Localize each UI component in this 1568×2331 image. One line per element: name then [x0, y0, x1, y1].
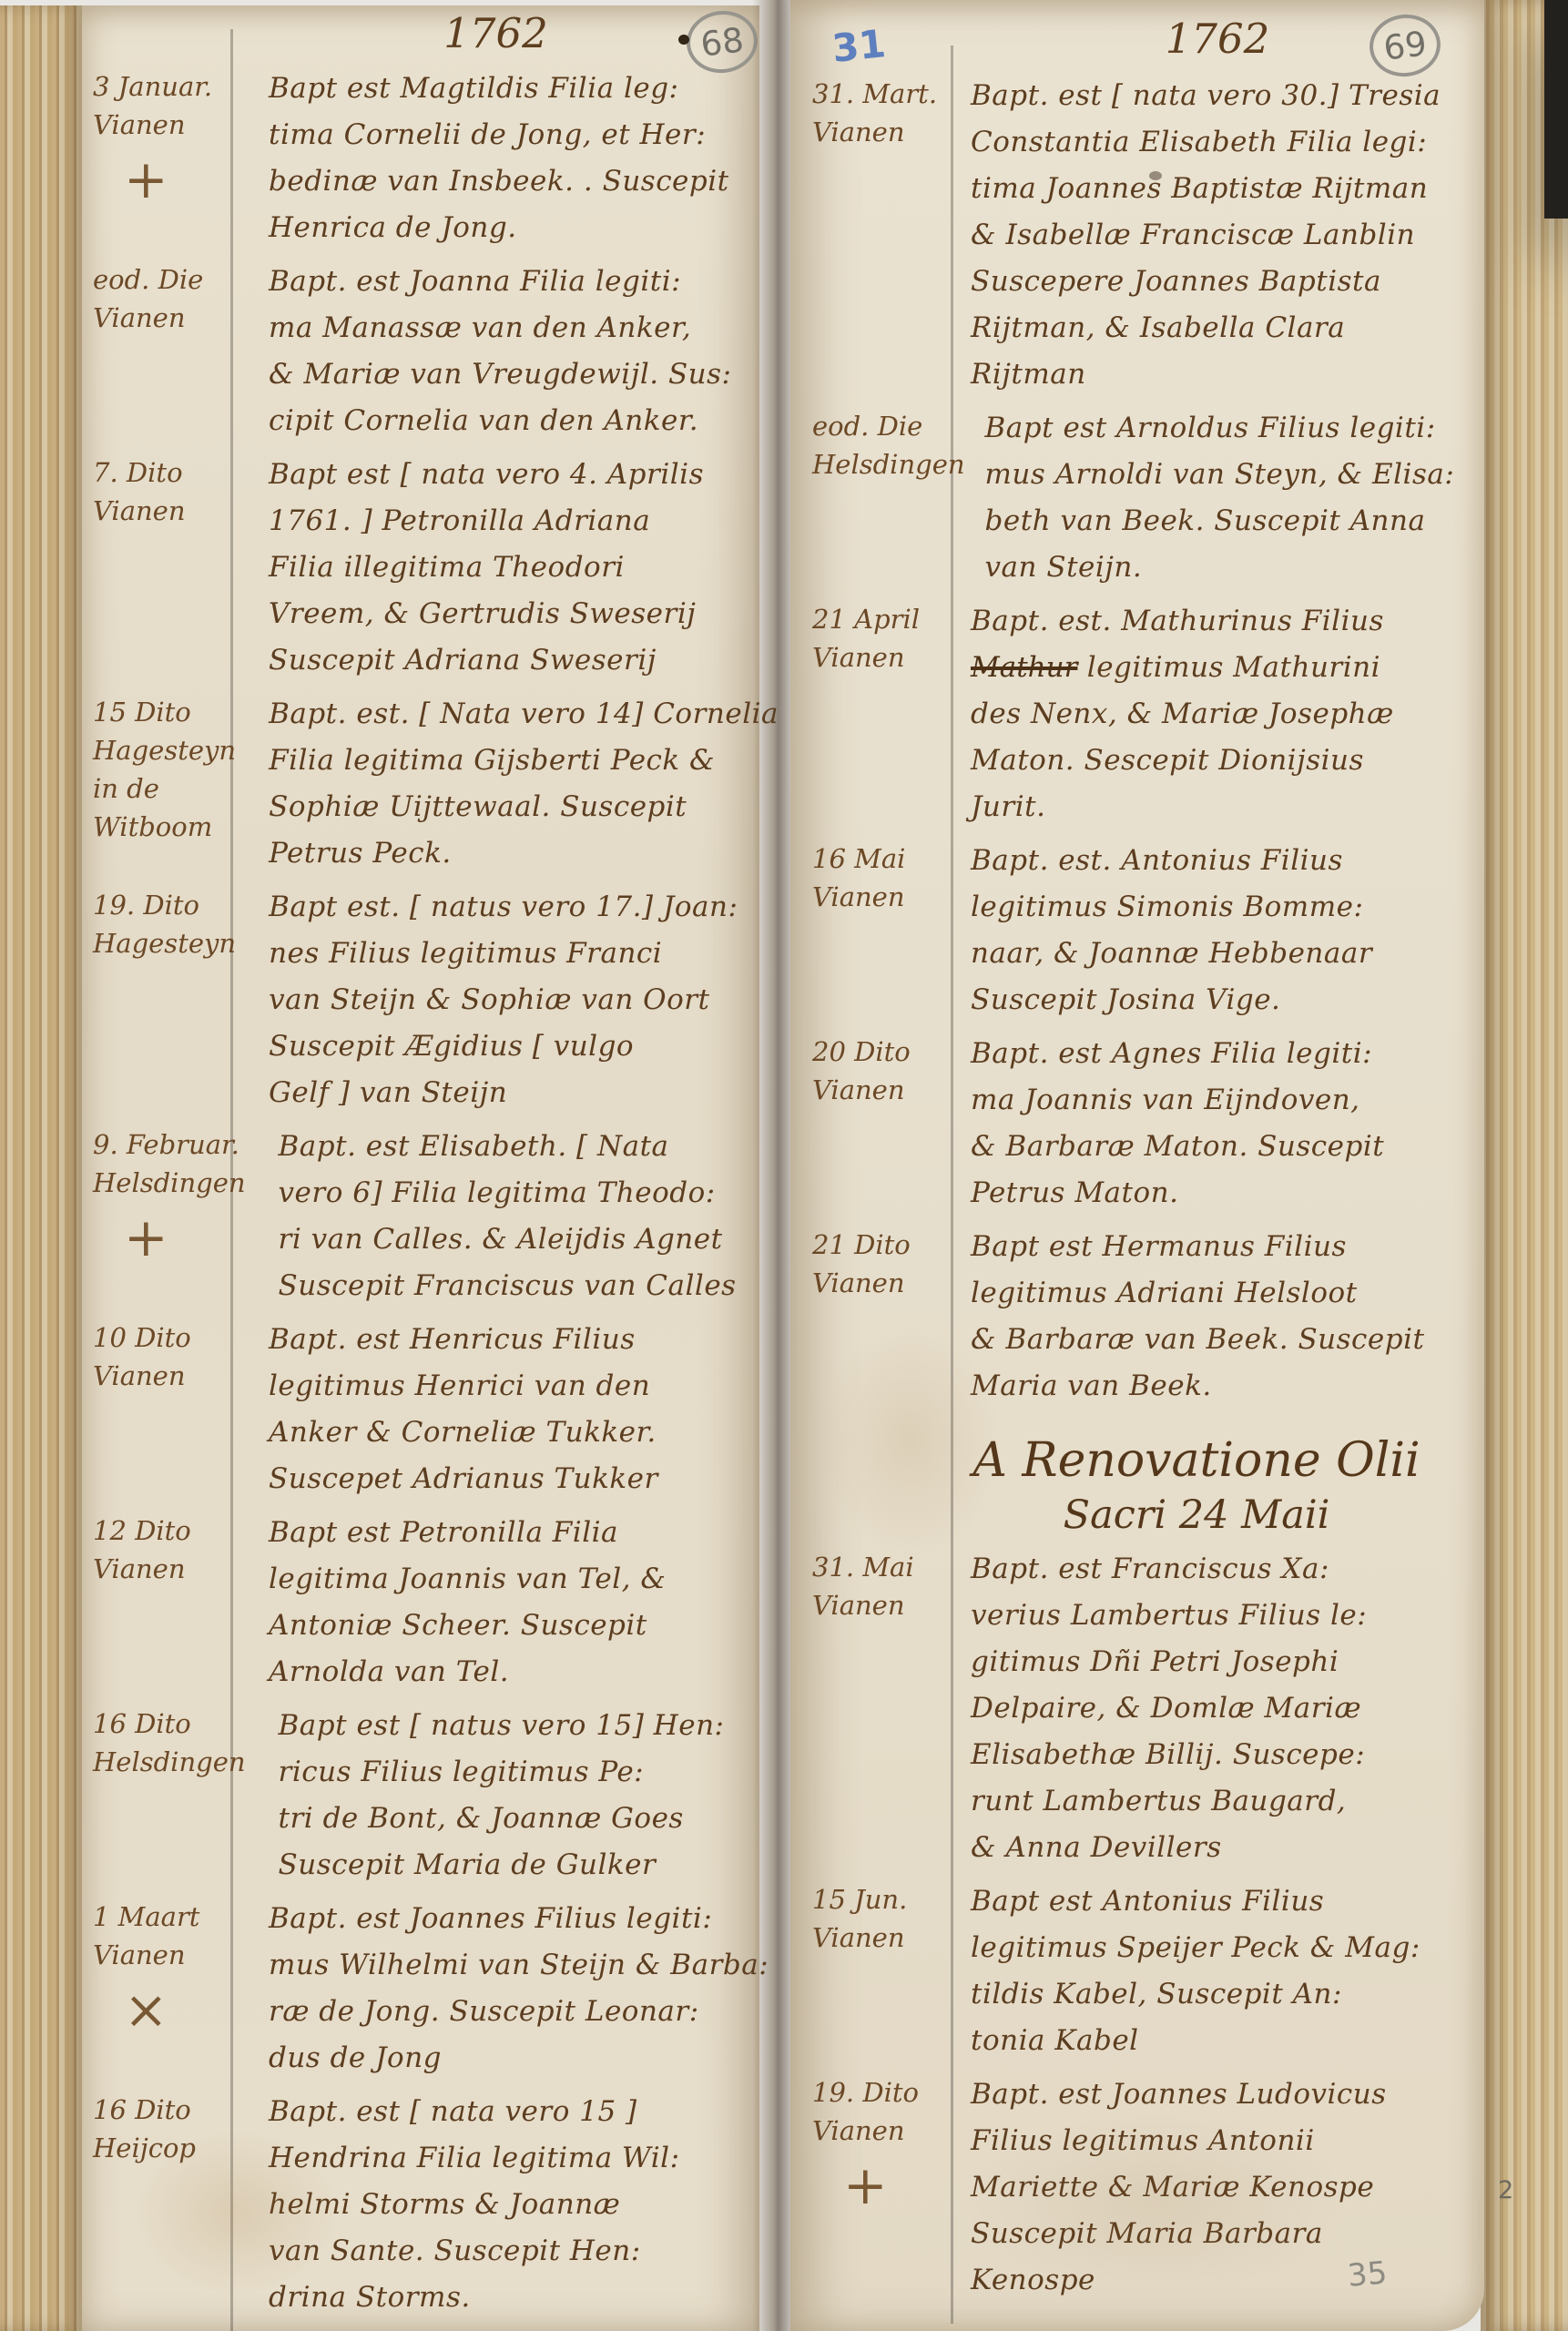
entry-date: 21 Dito	[812, 1226, 951, 1264]
entry-place: Vianen	[812, 878, 951, 916]
entry-text: Bapt est [ nata vero 4. Aprilis 1761. ] …	[236, 452, 754, 684]
entry-place: Vianen	[93, 299, 236, 337]
cross-mark: +	[812, 2150, 951, 2212]
section-heading-line1: A Renovatione Olii	[914, 1431, 1479, 1490]
ink-smudge	[1149, 171, 1162, 180]
register-entry: 10 Dito Vianen Bapt. est Henricus Filius…	[87, 1317, 754, 1502]
entry-text: Bapt. est Joannes Filius legiti: mus Wil…	[236, 1896, 769, 2082]
entry-text: Bapt. est Joanna Filia legiti: ma Manass…	[236, 259, 754, 444]
entry-date: eod. Die	[93, 260, 236, 299]
entry-text: Bapt. est Joannes Ludovicus Filius legit…	[951, 2071, 1479, 2304]
entry-place: Vianen	[812, 1919, 951, 1957]
entry-date: 16 Dito	[93, 1705, 246, 1743]
entry-place: Helsdingen	[93, 1743, 246, 1781]
register-entry: eod. Die Vianen Bapt. est Joanna Filia l…	[87, 259, 754, 444]
entry-date: 19. Dito	[93, 886, 236, 924]
struck-word: Mathur	[971, 651, 1077, 684]
register-entry: 15 Jun. Vianen Bapt est Antonius Filius …	[796, 1878, 1479, 2064]
entry-date: 20 Dito	[812, 1033, 951, 1071]
entry-place: Vianen	[812, 1071, 951, 1109]
entry-date: 15 Jun.	[812, 1880, 951, 1919]
entry-date: 7. Dito	[93, 453, 236, 492]
section-heading: A Renovatione Olii Sacri 24 Maii	[796, 1417, 1479, 1546]
entry-date: 1 Maart	[93, 1898, 236, 1936]
entry-text: Bapt. est Agnes Filia legiti: ma Joannis…	[951, 1031, 1479, 1216]
register-entry: 16 Dito Helsdingen Bapt est [ natus vero…	[87, 1703, 754, 1888]
register-entry: 20 Dito Vianen Bapt. est Agnes Filia leg…	[796, 1031, 1479, 1216]
entry-date: 12 Dito	[93, 1512, 236, 1550]
edge-pencil-number: 2	[1498, 2176, 1513, 2204]
entry-date: 31. Mai	[812, 1548, 951, 1586]
entry-place: Heijcop	[93, 2129, 236, 2167]
entry-place: Helsdingen	[812, 445, 965, 484]
register-entry: 12 Dito Vianen Bapt est Petronilla Filia…	[87, 1510, 754, 1695]
register-entry: 16 Dito Heijcop Bapt. est [ nata vero 15…	[87, 2089, 754, 2321]
cross-mark: ×	[93, 1974, 236, 2036]
entry-text: Bapt est Antonius Filius legitimus Speij…	[951, 1878, 1479, 2064]
register-entry: 9. Februar. Helsdingen + Bapt. est Elisa…	[87, 1124, 754, 1309]
year-header: 1762	[87, 9, 754, 58]
entry-place: Vianen	[812, 638, 951, 677]
entry-text: Bapt est Petronilla Filia legitima Joann…	[236, 1510, 754, 1695]
baptismal-register-book: 68 1762 3 Januar. Vianen + Bapt est Magt…	[0, 0, 1568, 2331]
entry-text: Bapt est Magtildis Filia leg: tima Corne…	[236, 66, 754, 251]
entry-place: Vianen	[812, 113, 951, 151]
entry-date: 21 April	[812, 600, 951, 638]
register-entry: 31. Mart. Vianen Bapt. est [ nata vero 3…	[796, 73, 1479, 398]
entry-text: Bapt est [ natus vero 15] Hen: ricus Fil…	[246, 1703, 754, 1888]
entry-date: 15 Dito	[93, 693, 236, 731]
entry-text: Bapt est. [ natus vero 17.] Joan: nes Fi…	[236, 884, 754, 1116]
entry-text: Bapt. est [ nata vero 15 ] Hendrina Fili…	[236, 2089, 754, 2321]
book-cover-corner	[1544, 0, 1568, 219]
section-heading-line2: Sacri 24 Maii	[914, 1490, 1479, 1541]
entry-place: Helsdingen	[93, 1164, 246, 1202]
page-left: 68 1762 3 Januar. Vianen + Bapt est Magt…	[82, 5, 759, 2331]
page-stack-edge-right	[1481, 0, 1568, 2331]
entry-text: Bapt est Hermanus Filius legitimus Adria…	[951, 1224, 1479, 1410]
entry-date: 3 Januar.	[93, 67, 236, 106]
entry-date: 31. Mart.	[812, 75, 951, 113]
ink-dot	[678, 35, 689, 45]
entry-date: 16 Mai	[812, 840, 951, 878]
entry-place: Vianen	[812, 1264, 951, 1302]
entry-date: 16 Dito	[93, 2091, 236, 2129]
entry-text: Bapt. est. Antonius Filius legitimus Sim…	[951, 838, 1479, 1023]
register-entry: 21 April Vianen Bapt. est. Mathurinus Fi…	[796, 598, 1479, 830]
register-entry: 19. Dito Vianen + Bapt. est Joannes Ludo…	[796, 2071, 1479, 2304]
entry-place: Vianen	[93, 1936, 236, 1974]
entry-place: Hagesteyn in de Witboom	[93, 731, 236, 846]
register-entry: eod. Die Helsdingen Bapt est Arnoldus Fi…	[796, 405, 1479, 591]
entry-date: 19. Dito	[812, 2073, 951, 2112]
entry-text: Bapt. est Henricus Filius legitimus Henr…	[236, 1317, 754, 1502]
cross-mark: +	[93, 1202, 246, 1264]
entry-place: Hagesteyn	[93, 924, 236, 962]
page-stack-edge-left	[0, 5, 84, 2331]
cross-mark: +	[93, 144, 236, 206]
entry-text: Bapt. est Elisabeth. [ Nata vero 6] Fili…	[246, 1124, 754, 1309]
register-entry: 7. Dito Vianen Bapt est [ nata vero 4. A…	[87, 452, 754, 684]
entry-place: Vianen	[812, 2112, 951, 2150]
page-right-content: 1762 31. Mart. Vianen Bapt. est [ nata v…	[790, 0, 1484, 2331]
entry-date: eod. Die	[812, 407, 965, 445]
entry-date: 10 Dito	[93, 1318, 236, 1357]
entry-place: Vianen	[93, 492, 236, 530]
register-entry: 21 Dito Vianen Bapt est Hermanus Filius …	[796, 1224, 1479, 1410]
entry-text: Bapt est Arnoldus Filius legiti: mus Arn…	[965, 405, 1479, 591]
register-entry: 3 Januar. Vianen + Bapt est Magtildis Fi…	[87, 66, 754, 251]
entry-place: Vianen	[93, 1357, 236, 1395]
page-left-content: 1762 3 Januar. Vianen + Bapt est Magtild…	[82, 5, 759, 2331]
entry-place: Vianen	[812, 1586, 951, 1624]
register-entry: 16 Mai Vianen Bapt. est. Antonius Filius…	[796, 838, 1479, 1023]
entry-text: Bapt. est [ nata vero 30.] Tresia Consta…	[951, 73, 1479, 398]
entry-place: Vianen	[93, 1550, 236, 1588]
register-entry: 19. Dito Hagesteyn Bapt est. [ natus ver…	[87, 884, 754, 1116]
year-header: 1762	[796, 15, 1479, 64]
entry-place: Vianen	[93, 106, 236, 144]
register-entry: 15 Dito Hagesteyn in de Witboom Bapt. es…	[87, 691, 754, 877]
entry-date: 9. Februar.	[93, 1125, 246, 1164]
entry-text: Bapt. est. Mathurinus Filius Mathur legi…	[951, 598, 1479, 830]
register-entry: 31. Mai Vianen Bapt. est Franciscus Xa: …	[796, 1546, 1479, 1871]
register-entry: 1 Maart Vianen × Bapt. est Joannes Filiu…	[87, 1896, 754, 2082]
page-right: 69 31 35 1762 31. Mart. Vianen Bapt. est…	[790, 0, 1484, 2331]
entry-text: Bapt. est. [ Nata vero 14] Cornelia Fili…	[236, 691, 779, 877]
entry-text: Bapt. est Franciscus Xa: verius Lambertu…	[951, 1546, 1479, 1871]
